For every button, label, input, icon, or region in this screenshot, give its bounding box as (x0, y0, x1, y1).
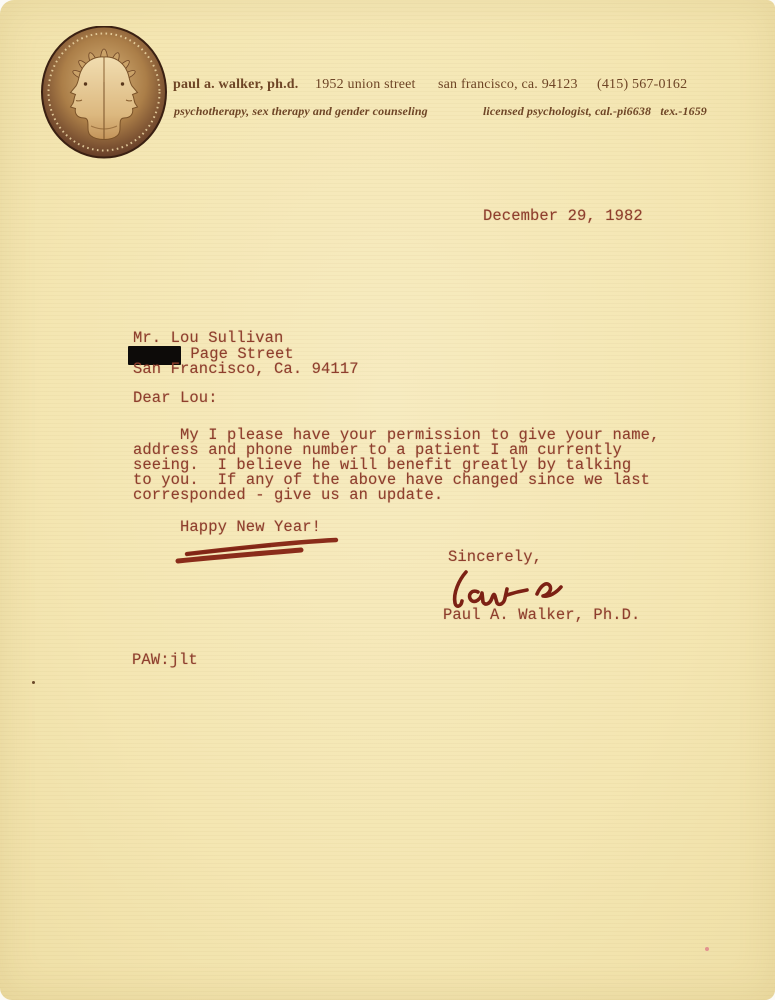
typist-reference: PAW:jlt (132, 653, 198, 668)
closing-line: Happy New Year! (180, 520, 321, 535)
scan-speck (32, 681, 35, 684)
letterhead-street: 1952 union street (315, 77, 416, 93)
scan-speck (705, 947, 709, 951)
scanned-letter-page: paul a. walker, ph.d. 1952 union street … (0, 0, 775, 1000)
letterhead-name: paul a. walker, ph.d. (173, 77, 298, 93)
janus-coin-logo (41, 26, 167, 159)
valediction: Sincerely, (448, 550, 542, 565)
letter-date: December 29, 1982 (483, 209, 643, 224)
letter-paper: paul a. walker, ph.d. 1952 union street … (0, 0, 775, 1000)
salutation: Dear Lou: (133, 391, 218, 406)
letterhead-phone: (415) 567-0162 (597, 77, 687, 93)
recipient-name: Mr. Lou Sullivan (133, 331, 283, 346)
letterhead-license: licensed psychologist, cal.-pi6638 tex.-… (483, 104, 707, 119)
signer-name: Paul A. Walker, Ph.D. (443, 608, 640, 623)
body-line: corresponded - give us an update. (133, 488, 443, 503)
hand-drawn-underline (175, 536, 343, 566)
recipient-city: San Francisco, Ca. 94117 (133, 362, 359, 377)
letterhead-tagline: psychotherapy, sex therapy and gender co… (174, 104, 428, 119)
letterhead-city: san francisco, ca. 94123 (438, 77, 578, 93)
